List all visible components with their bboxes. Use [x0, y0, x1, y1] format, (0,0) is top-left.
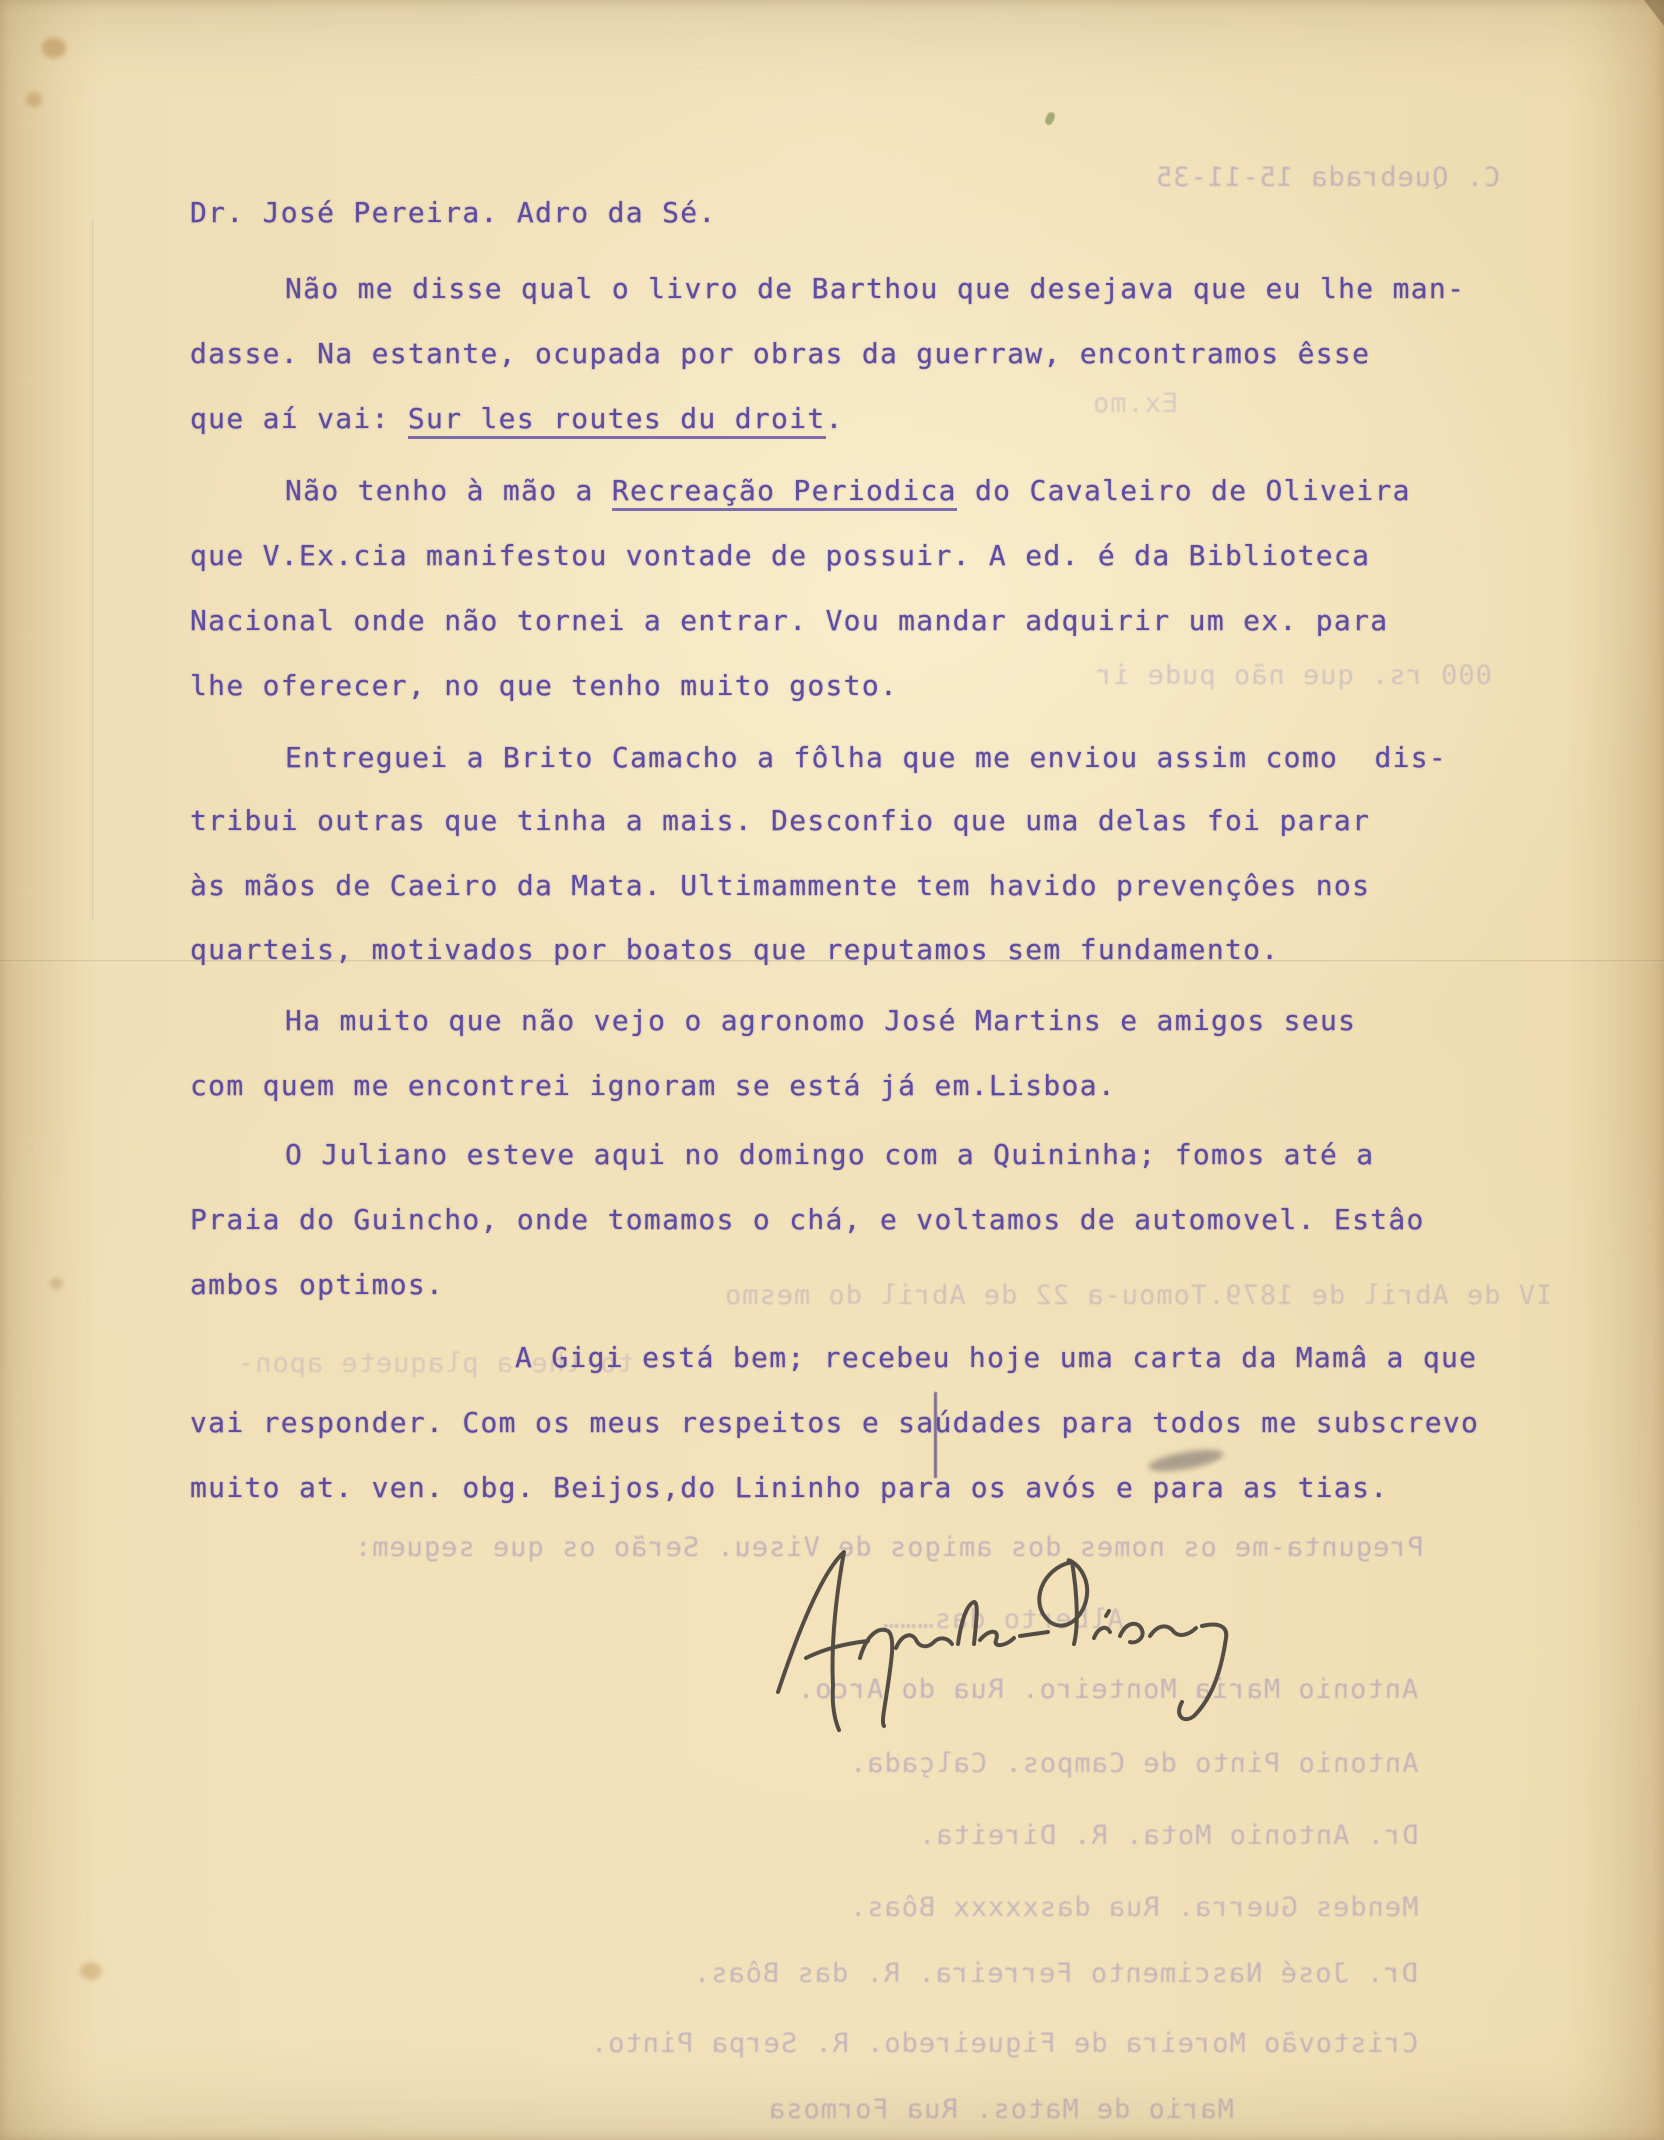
bleed-through-line: 000 rs. que não pude ir	[1095, 660, 1492, 691]
underlined-book-title: Sur les routes du droit	[408, 402, 826, 439]
typed-line: Não me disse qual o livro de Barthou que…	[285, 272, 1465, 306]
typed-line: Nacional onde não tornei a entrar. Vou m…	[190, 604, 1388, 638]
bleed-through-line: IV de Abril de 1879.Tomou-a 22 de Abril …	[724, 1280, 1552, 1311]
paper-stain	[80, 1962, 102, 1980]
typed-line: Entreguei a Brito Camacho a fôlha que me…	[285, 741, 1447, 775]
bleed-through-line: Ex.mo	[1092, 388, 1178, 419]
bleed-through-line: Cristovão Moreira de Figueiredo. R. Serp…	[590, 2028, 1418, 2059]
typed-line: tribui outras que tinha a mais. Desconfi…	[190, 804, 1370, 838]
typed-line: quarteis, motivados por boatos que reput…	[190, 933, 1279, 967]
typed-line: dasse. Na estante, ocupada por obras da …	[190, 337, 1370, 371]
typed-line: vai responder. Com os meus respeitos e s…	[190, 1406, 1479, 1440]
bleed-through-line: Mendes Guerra. Rua dasxxxxx Bôas.	[849, 1892, 1418, 1923]
typed-line: que aí vai: Sur les routes du droit.	[190, 402, 844, 436]
bleed-through-line: Dr. José Nascimento Ferreira. R. das Bôa…	[693, 1958, 1418, 1989]
line-text: do Cavaleiro de Oliveira	[957, 474, 1411, 507]
signature-stroke	[762, 1540, 1262, 1735]
typed-line: O Juliano esteve aqui no domingo com a Q…	[285, 1138, 1374, 1172]
bleed-through-date: C. Quebrada 15-11-35	[1155, 162, 1500, 193]
typed-line: às mãos de Caeiro da Mata. Ultimammente …	[190, 869, 1370, 903]
typed-line: com quem me encontrei ignoram se está já…	[190, 1069, 1116, 1103]
typed-line: lhe oferecer, no que tenho muito gosto.	[190, 669, 898, 703]
paper-stain	[42, 38, 66, 58]
underlined-book-title: Recreação Periodica	[612, 474, 957, 511]
typed-line: Praia do Guincho, onde tomamos o chá, e …	[190, 1203, 1425, 1237]
typed-line: Ha muito que não vejo o agronomo José Ma…	[285, 1004, 1356, 1038]
line-text: .	[826, 402, 844, 435]
typed-line: Não tenho à mão a Recreação Periodica do…	[285, 474, 1411, 508]
fold-crease	[92, 220, 95, 920]
paper-stain	[26, 92, 42, 107]
typed-line: ambos optimos.	[190, 1268, 444, 1302]
salutation-line: Dr. José Pereira. Adro da Sé.	[190, 196, 717, 230]
typed-line: muito at. ven. obg. Beijos,do Lininho pa…	[190, 1471, 1388, 1505]
signature	[762, 1540, 1262, 1739]
bleed-through-line: Mario de Matos. Rua Formosa	[768, 2094, 1234, 2125]
letter-page: C. Quebrada 15-11-35 Ex.mo 000 rs. que n…	[0, 0, 1664, 2140]
paper-corner-shadow	[1644, 0, 1664, 26]
bleed-through-line: Antonio Pinto de Campos. Calçada.	[849, 1748, 1418, 1779]
typed-line: que V.Ex.cia manifestou vontade de possu…	[190, 539, 1370, 573]
line-text: Não tenho à mão a	[285, 474, 612, 507]
typed-line: A Gigi está bem; recebeu hoje uma carta …	[515, 1341, 1477, 1375]
bleed-through-line: Dr. Antonio Mota. R. Direita.	[918, 1820, 1418, 1851]
ink-speck	[1044, 111, 1057, 126]
line-text: que aí vai:	[190, 402, 408, 435]
paper-stain	[50, 1278, 63, 1289]
